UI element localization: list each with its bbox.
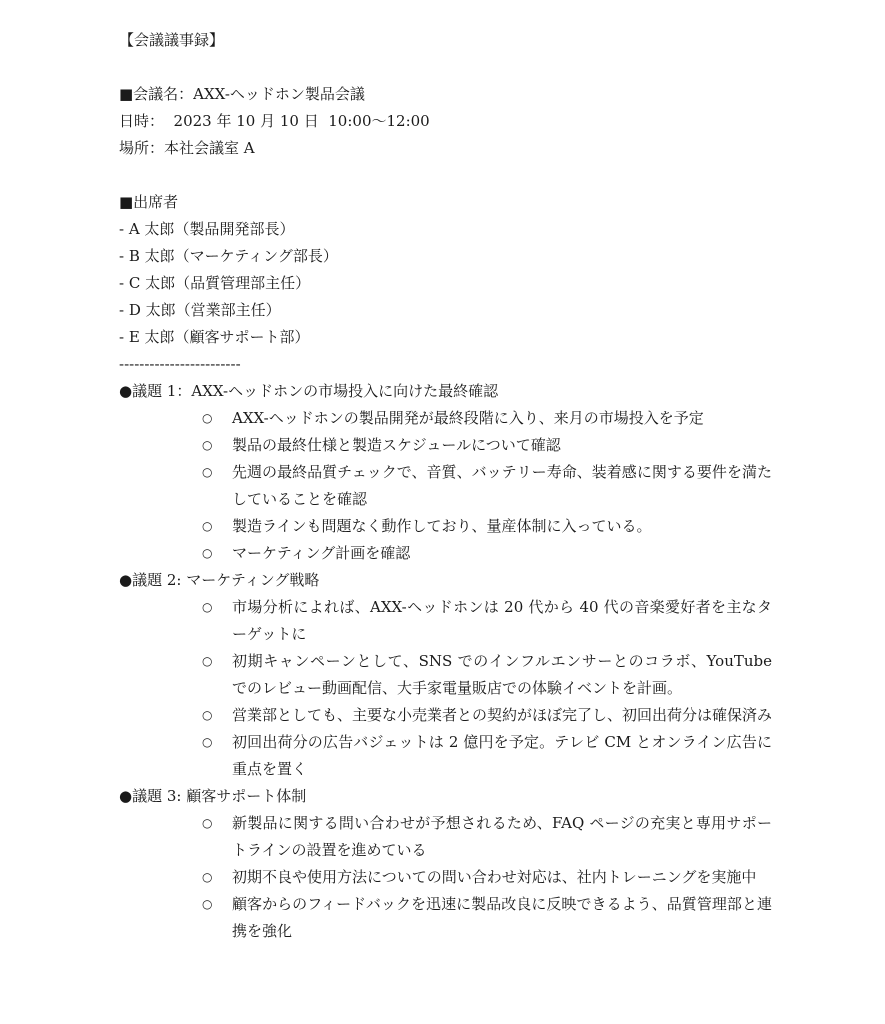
list-item: ○ 初期キャンペーンとして、SNS でのインフルエンサーとのコラボ、YouTub… (119, 648, 772, 702)
list-item: ○ 市場分析によれば、AXX-ヘッドホンは 20 代から 40 代の音楽愛好者を… (119, 594, 772, 648)
spacer (119, 54, 779, 81)
circle-bullet-icon: ○ (202, 513, 212, 540)
agenda-3-heading: ●議題 3: 顧客サポート体制 (119, 783, 779, 810)
attendee-item: - B 太郎（マーケティング部長） (119, 243, 779, 270)
agenda-3-list: ○ 新製品に関する問い合わせが予想されるため、FAQ ページの充実と専用サポート… (119, 810, 779, 945)
circle-bullet-icon: ○ (202, 540, 212, 567)
meeting-name: ■会議名：AXX-ヘッドホン製品会議 (119, 81, 779, 108)
agenda-2-list: ○ 市場分析によれば、AXX-ヘッドホンは 20 代から 40 代の音楽愛好者を… (119, 594, 779, 783)
list-item: ○ 製品の最終仕様と製造スケジュールについて確認 (119, 432, 772, 459)
attendee-item: - D 太郎（営業部主任） (119, 297, 779, 324)
circle-bullet-icon: ○ (202, 648, 212, 675)
circle-bullet-icon: ○ (202, 729, 212, 756)
agenda-2-heading: ●議題 2: マーケティング戦略 (119, 567, 779, 594)
list-item: ○ 顧客からのフィードバックを迅速に製品改良に反映できるよう、品質管理部と連携を… (119, 891, 772, 945)
circle-bullet-icon: ○ (202, 891, 212, 918)
circle-bullet-icon: ○ (202, 810, 212, 837)
list-item: ○ 先週の最終品質チェックで、音質、バッテリー寿命、装着感に関する要件を満たして… (119, 459, 772, 513)
list-item: ○ AXX-ヘッドホンの製品開発が最終段階に入り、来月の市場投入を予定 (119, 405, 772, 432)
list-item: ○ 営業部としても、主要な小売業者との契約がほぼ完了し、初回出荷分は確保済み (119, 702, 772, 729)
spacer (119, 162, 779, 189)
attendee-item: - A 太郎（製品開発部長） (119, 216, 779, 243)
attendee-item: - E 太郎（顧客サポート部） (119, 324, 779, 351)
attendee-item: - C 太郎（品質管理部主任） (119, 270, 779, 297)
meeting-datetime: 日時： 2023 年 10 月 10 日 10:00～12:00 (119, 108, 779, 135)
list-item: ○ 初期不良や使用方法についての問い合わせ対応は、社内トレーニングを実施中 (119, 864, 772, 891)
list-item: ○ マーケティング計画を確認 (119, 540, 772, 567)
agenda-1-list: ○ AXX-ヘッドホンの製品開発が最終段階に入り、来月の市場投入を予定 ○ 製品… (119, 405, 779, 567)
list-item: ○ 製造ラインも問題なく動作しており、量産体制に入っている。 (119, 513, 772, 540)
list-item: ○ 初回出荷分の広告バジェットは 2 億円を予定。テレビ CM とオンライン広告… (119, 729, 772, 783)
meeting-minutes-document: 【会議議事録】 ■会議名：AXX-ヘッドホン製品会議 日時： 2023 年 10… (119, 27, 779, 945)
attendees-heading: ■出席者 (119, 189, 779, 216)
divider-line: ------------------------ (119, 351, 779, 378)
list-item: ○ 新製品に関する問い合わせが予想されるため、FAQ ページの充実と専用サポート… (119, 810, 772, 864)
circle-bullet-icon: ○ (202, 432, 212, 459)
circle-bullet-icon: ○ (202, 459, 212, 486)
document-title: 【会議議事録】 (119, 27, 779, 54)
circle-bullet-icon: ○ (202, 594, 212, 621)
circle-bullet-icon: ○ (202, 702, 212, 729)
circle-bullet-icon: ○ (202, 864, 212, 891)
circle-bullet-icon: ○ (202, 405, 212, 432)
agenda-1-heading: ●議題 1：AXX-ヘッドホンの市場投入に向けた最終確認 (119, 378, 779, 405)
meeting-location: 場所：本社会議室 A (119, 135, 779, 162)
